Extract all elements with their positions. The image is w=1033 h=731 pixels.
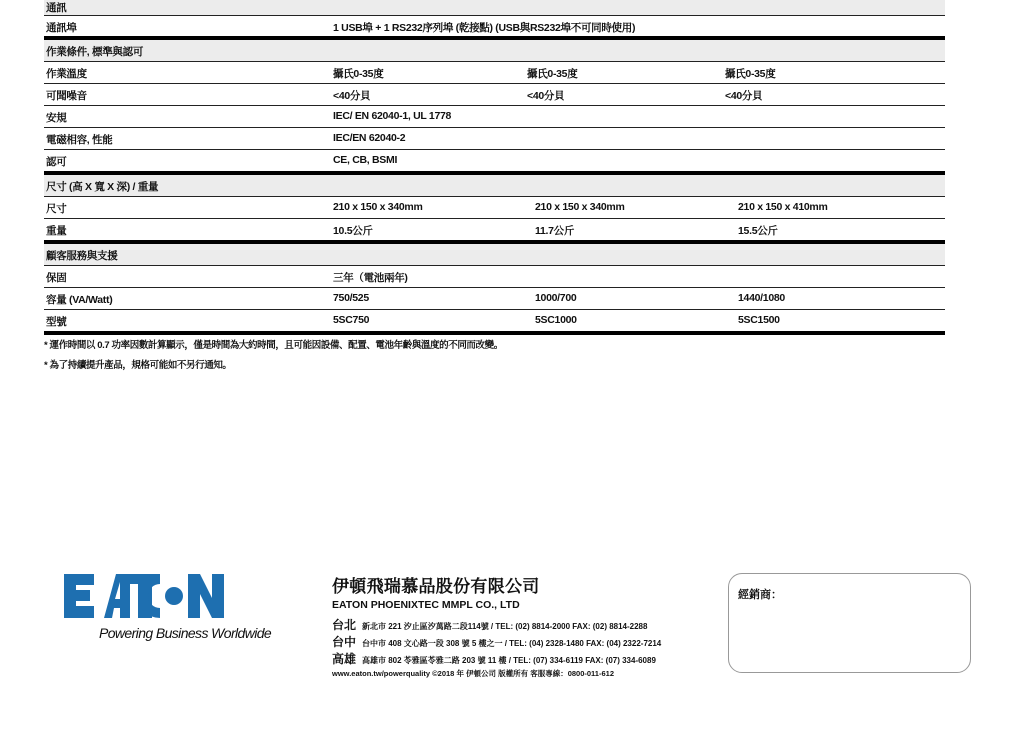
- row-label: 型號: [46, 314, 66, 329]
- dealer-box: 經銷商：: [728, 573, 971, 673]
- footnotes: * 運作時間以 0.7 功率因數計算顯示，僅是時間為大約時間，且可能因設備、配置…: [44, 337, 503, 377]
- row-value: 1000/700: [535, 292, 576, 304]
- office-detail: 新北市 221 汐止區汐萬路二段114號 / TEL: (02) 8814-20…: [362, 622, 647, 631]
- row-value: 210 x 150 x 340mm: [535, 201, 624, 213]
- table-row: 通訊埠 1 USB埠 + 1 RS232序列埠 (乾接點) (USB與RS232…: [44, 16, 945, 40]
- row-value: 攝氏0-35度: [527, 66, 577, 81]
- row-value: IEC/EN 62040-2: [333, 132, 405, 144]
- company-name-zh: 伊頓飛瑞慕品股份有限公司: [332, 572, 661, 597]
- office-detail: 台中市 408 文心路一段 308 號 5 樓之一 / TEL: (04) 23…: [362, 639, 661, 648]
- row-label: 安規: [46, 110, 66, 125]
- footnote: * 運作時間以 0.7 功率因數計算顯示，僅是時間為大約時間，且可能因設備、配置…: [44, 337, 503, 357]
- section-header-service: 顧客服務與支援: [44, 244, 945, 266]
- table-row: 可聞噪音 <40分貝 <40分貝 <40分貝: [44, 84, 945, 106]
- section-header-environment: 作業條件, 標準與認可: [44, 40, 945, 62]
- section-title: 作業條件, 標準與認可: [46, 44, 143, 59]
- table-row: 重量 10.5公斤 11.7公斤 15.5公斤: [44, 219, 945, 244]
- website-copyright-line: www.eaton.tw/powerquality ©2018 年 伊頓公司 版…: [332, 668, 661, 679]
- table-row: 安規 IEC/ EN 62040-1, UL 1778: [44, 106, 945, 128]
- footnote: * 為了持續提升產品，規格可能如不另行通知。: [44, 357, 503, 377]
- section-title: 尺寸 (高 X 寬 X 深) / 重量: [46, 179, 158, 194]
- table-row: 作業溫度 攝氏0-35度 攝氏0-35度 攝氏0-35度: [44, 62, 945, 84]
- row-value: <40分貝: [527, 88, 564, 103]
- row-label: 認可: [46, 154, 66, 169]
- logo-tagline: Powering Business Worldwide: [99, 625, 271, 641]
- row-value: 5SC750: [333, 314, 369, 326]
- row-label: 作業溫度: [46, 66, 87, 81]
- row-label: 可聞噪音: [46, 88, 87, 103]
- office-detail: 高雄市 802 苓雅區苓雅二路 203 號 11 樓 / TEL: (07) 3…: [362, 656, 656, 665]
- row-value: <40分貝: [333, 88, 370, 103]
- section-header-dimensions: 尺寸 (高 X 寬 X 深) / 重量: [44, 175, 945, 197]
- office-address: 高雄高雄市 802 苓雅區苓雅二路 203 號 11 樓 / TEL: (07)…: [332, 651, 661, 668]
- row-value: 210 x 150 x 410mm: [738, 201, 827, 213]
- table-row: 保固 三年（電池兩年): [44, 266, 945, 288]
- row-value: 11.7公斤: [535, 223, 574, 238]
- row-label: 電磁相容, 性能: [46, 132, 112, 147]
- table-row: 型號 5SC750 5SC1000 5SC1500: [44, 310, 945, 335]
- office-city: 台中: [332, 635, 356, 649]
- table-row: 認可 CE, CB, BSMI: [44, 150, 945, 175]
- row-value: 1440/1080: [738, 292, 785, 304]
- row-label: 通訊埠: [46, 20, 77, 35]
- row-value: 750/525: [333, 292, 369, 304]
- section-title: 顧客服務與支援: [46, 248, 117, 263]
- row-value: 三年（電池兩年): [333, 270, 408, 285]
- row-value: 10.5公斤: [333, 223, 373, 238]
- row-value: CE, CB, BSMI: [333, 154, 397, 166]
- row-value: <40分貝: [725, 88, 762, 103]
- row-label: 重量: [46, 223, 66, 238]
- eaton-logo: [64, 574, 224, 618]
- table-row: 尺寸 210 x 150 x 340mm 210 x 150 x 340mm 2…: [44, 197, 945, 219]
- section-title: 通訊: [46, 0, 66, 15]
- row-label: 保固: [46, 270, 66, 285]
- office-city: 高雄: [332, 652, 356, 666]
- row-label: 尺寸: [46, 201, 66, 216]
- company-name-en: EATON PHOENIXTEC MMPL CO., LTD: [332, 599, 661, 611]
- office-address: 台北新北市 221 汐止區汐萬路二段114號 / TEL: (02) 8814-…: [332, 617, 661, 634]
- row-value: 攝氏0-35度: [725, 66, 775, 81]
- row-value: IEC/ EN 62040-1, UL 1778: [333, 110, 451, 122]
- row-value: 15.5公斤: [738, 223, 778, 238]
- office-address: 台中台中市 408 文心路一段 308 號 5 樓之一 / TEL: (04) …: [332, 634, 661, 651]
- spec-table: 通訊 通訊埠 1 USB埠 + 1 RS232序列埠 (乾接點) (USB與RS…: [44, 0, 945, 335]
- row-value: 5SC1500: [738, 314, 780, 326]
- company-info: 伊頓飛瑞慕品股份有限公司 EATON PHOENIXTEC MMPL CO., …: [332, 572, 661, 679]
- table-row: 容量 (VA/Watt) 750/525 1000/700 1440/1080: [44, 288, 945, 310]
- row-label: 容量 (VA/Watt): [46, 292, 112, 307]
- section-header-communication: 通訊: [44, 0, 945, 16]
- office-city: 台北: [332, 618, 356, 632]
- dealer-label: 經銷商：: [738, 586, 782, 602]
- row-value: 210 x 150 x 340mm: [333, 201, 422, 213]
- row-value: 攝氏0-35度: [333, 66, 383, 81]
- table-row: 電磁相容, 性能 IEC/EN 62040-2: [44, 128, 945, 150]
- row-value: 5SC1000: [535, 314, 577, 326]
- row-value: 1 USB埠 + 1 RS232序列埠 (乾接點) (USB與RS232埠不可同…: [333, 20, 635, 35]
